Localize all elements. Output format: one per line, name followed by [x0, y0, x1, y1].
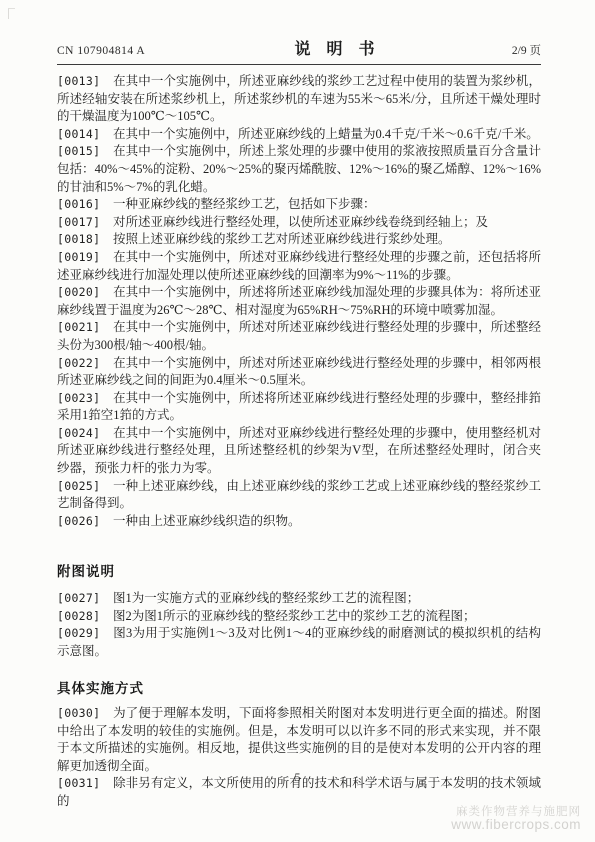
- section-detailed-description: [0030]为了便于理解本发明，下面将参照相关附图对本发明进行更全面的描述。附图…: [57, 705, 541, 811]
- paragraph: [0019]在其中一个实施例中，所述对亚麻纱线进行整经处理的步骤之前，还包括将所…: [57, 249, 541, 284]
- paragraph: [0030]为了便于理解本发明，下面将参照相关附图对本发明进行更全面的描述。附图…: [57, 705, 541, 775]
- paragraph: [0026]一种由上述亚麻纱线织造的织物。: [57, 513, 541, 531]
- watermark-url: www.fibercrops.com: [451, 818, 581, 832]
- paragraph-text: 为了便于理解本发明，下面将参照相关附图对本发明进行更全面的描述。附图中给出了本发…: [57, 706, 541, 773]
- paragraph: [0018]按照上述亚麻纱线的浆纱工艺对所述亚麻纱线进行浆纱处理。: [57, 231, 541, 249]
- paragraph-number: [0029]: [57, 625, 113, 643]
- paragraph: [0028]图2为图1所示的亚麻纱线的整经浆纱工艺中的浆纱工艺的流程图；: [57, 608, 541, 626]
- paragraph-number: [0024]: [57, 425, 113, 443]
- paragraph: [0014]在其中一个实施例中，所述亚麻纱线的上蜡量为0.4千克/千米～0.6千…: [57, 126, 541, 144]
- paragraph-text: 在其中一个实施例中，所述亚麻纱线的浆纱工艺过程中使用的装置为浆纱机，所述经轴安装…: [57, 74, 541, 123]
- paragraph: [0027]图1为一实施方式的亚麻纱线的整经浆纱工艺的流程图；: [57, 590, 541, 608]
- paragraph-number: [0015]: [57, 143, 113, 161]
- paragraph-number: [0016]: [57, 196, 113, 214]
- page-indicator: 2/9 页: [512, 42, 541, 58]
- paragraph-text: 在其中一个实施例中，所述对所述亚麻纱线进行整经处理的步骤中，所述整经头份为300…: [57, 320, 541, 352]
- paragraph: [0020]在其中一个实施例中，所述将所述亚麻纱线加湿处理的步骤具体为：将所述亚…: [57, 284, 541, 319]
- document-title: 说明书: [279, 36, 391, 59]
- watermark: 麻类作物营养与施肥网 www.fibercrops.com: [451, 806, 581, 832]
- paragraph-text: 一种亚麻纱线的整经浆纱工艺，包括如下步骤：: [113, 197, 376, 211]
- paragraph-text: 在其中一个实施例中，所述将所述亚麻纱线进行整经处理的步骤中，整经排筘采用1筘空1…: [57, 391, 541, 423]
- page-number: 5: [0, 770, 595, 785]
- section-embodiments: [0013]在其中一个实施例中，所述亚麻纱线的浆纱工艺过程中使用的装置为浆纱机，…: [57, 73, 541, 530]
- paragraph: [0013]在其中一个实施例中，所述亚麻纱线的浆纱工艺过程中使用的装置为浆纱机，…: [57, 73, 541, 126]
- section-heading-drawings: 附图说明: [57, 563, 541, 581]
- paragraph-text: 按照上述亚麻纱线的浆纱工艺对所述亚麻纱线进行浆纱处理。: [113, 232, 451, 246]
- paragraph-number: [0030]: [57, 705, 113, 723]
- paragraph-text: 图3为用于实施例1～3及对比例1～4的亚麻纱线的耐磨测试的模拟织机的结构示意图。: [57, 626, 541, 658]
- paragraph-text: 在其中一个实施例中，所述对亚麻纱线进行整经处理的步骤中，使用整经机对所述亚麻纱线…: [57, 426, 541, 475]
- paragraph-number: [0018]: [57, 231, 113, 249]
- paragraph: [0017]对所述亚麻纱线进行整经处理，以使所述亚麻纱线卷绕到经轴上；及: [57, 214, 541, 232]
- patent-specification-page: CN 107904814 A 说明书 2/9 页 [0013]在其中一个实施例中…: [0, 0, 595, 842]
- paragraph-text: 图1为一实施方式的亚麻纱线的整经浆纱工艺的流程图；: [113, 591, 419, 605]
- publication-number: CN 107904814 A: [57, 45, 145, 57]
- paragraph: [0029]图3为用于实施例1～3及对比例1～4的亚麻纱线的耐磨测试的模拟织机的…: [57, 625, 541, 660]
- paragraph: [0023]在其中一个实施例中，所述将所述亚麻纱线进行整经处理的步骤中，整经排筘…: [57, 390, 541, 425]
- paragraph-text: 在其中一个实施例中，所述对亚麻纱线进行整经处理的步骤之前，还包括将所述亚麻纱线进…: [57, 250, 541, 282]
- paragraph-number: [0021]: [57, 319, 113, 337]
- specification-body: [0013]在其中一个实施例中，所述亚麻纱线的浆纱工艺过程中使用的装置为浆纱机，…: [57, 73, 541, 811]
- paragraph-number: [0025]: [57, 478, 113, 496]
- paragraph-text: 在其中一个实施例中，所述亚麻纱线的上蜡量为0.4千克/千米～0.6千克/千米。: [113, 127, 539, 141]
- paragraph: [0016]一种亚麻纱线的整经浆纱工艺，包括如下步骤：: [57, 196, 541, 214]
- section-heading-implementation: 具体实施方式: [57, 680, 541, 698]
- paragraph-text: 在其中一个实施例中，所述将所述亚麻纱线加湿处理的步骤具体为：将所述亚麻纱线置于温…: [57, 285, 541, 317]
- paragraph-text: 一种由上述亚麻纱线织造的织物。: [113, 514, 301, 528]
- section-drawings-description: [0027]图1为一实施方式的亚麻纱线的整经浆纱工艺的流程图；[0028]图2为…: [57, 590, 541, 660]
- paragraph: [0021]在其中一个实施例中，所述对所述亚麻纱线进行整经处理的步骤中，所述整经…: [57, 319, 541, 354]
- header-divider: [57, 64, 541, 65]
- paragraph-number: [0013]: [57, 73, 113, 91]
- paragraph-number: [0027]: [57, 590, 113, 608]
- paragraph-text: 在其中一个实施例中，所述对所述亚麻纱线进行整经处理的步骤中，相邻两根所述亚麻纱线…: [57, 356, 541, 388]
- paragraph-text: 对所述亚麻纱线进行整经处理，以使所述亚麻纱线卷绕到经轴上；及: [113, 215, 488, 229]
- paragraph-number: [0026]: [57, 513, 113, 531]
- paragraph-number: [0028]: [57, 608, 113, 626]
- paragraph: [0015]在其中一个实施例中，所述上浆处理的步骤中使用的浆液按照质量百分含量计…: [57, 143, 541, 196]
- paragraph-number: [0014]: [57, 126, 113, 144]
- paragraph-number: [0017]: [57, 214, 113, 232]
- paragraph: [0022]在其中一个实施例中，所述对所述亚麻纱线进行整经处理的步骤中，相邻两根…: [57, 355, 541, 390]
- paragraph-number: [0023]: [57, 390, 113, 408]
- paragraph-text: 在其中一个实施例中，所述上浆处理的步骤中使用的浆液按照质量百分含量计包括：40%…: [57, 144, 541, 193]
- paragraph-text: 一种上述亚麻纱线，由上述亚麻纱线的浆纱工艺或上述亚麻纱线的整经浆纱工艺制备得到。: [57, 479, 541, 511]
- paragraph: [0024]在其中一个实施例中，所述对亚麻纱线进行整经处理的步骤中，使用整经机对…: [57, 425, 541, 478]
- paragraph-number: [0022]: [57, 355, 113, 373]
- paragraph: [0025]一种上述亚麻纱线，由上述亚麻纱线的浆纱工艺或上述亚麻纱线的整经浆纱工…: [57, 478, 541, 513]
- scan-artifact: [8, 8, 15, 19]
- paragraph-number: [0019]: [57, 249, 113, 267]
- page-header: CN 107904814 A 说明书 2/9 页: [57, 36, 541, 59]
- paragraph-number: [0020]: [57, 284, 113, 302]
- paragraph-text: 图2为图1所示的亚麻纱线的整经浆纱工艺中的浆纱工艺的流程图；: [113, 609, 476, 623]
